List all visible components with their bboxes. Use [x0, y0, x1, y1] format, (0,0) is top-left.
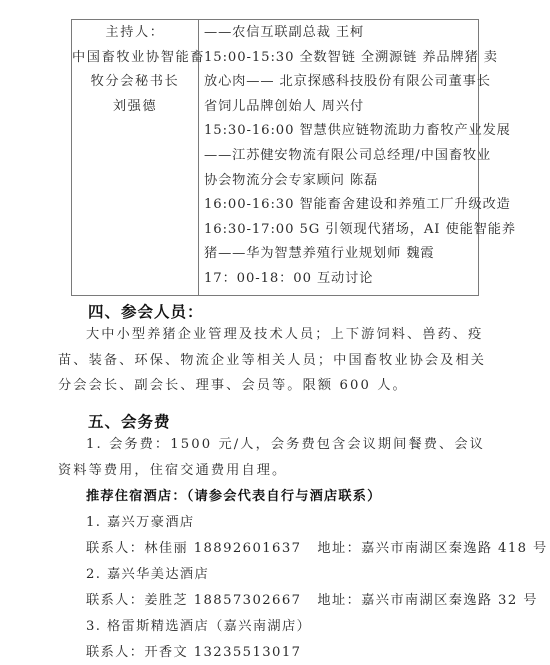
schedule-line: 15:30-16:00 智慧供应链物流助力畜牧产业发展 [204, 119, 516, 144]
agenda-table: 主持人： 中国畜牧业协智能畜 牧分会秘书长 刘强德 ——农信互联副总裁 王柯 1… [71, 19, 479, 296]
hotel-2-name: 2. 嘉兴华美达酒店 [86, 565, 209, 585]
hotels-heading: 推荐住宿酒店：（请参会代表自行与酒店联系） [86, 487, 382, 507]
hotel-1-details: 联系人：林佳丽 18892601637地址：嘉兴市南湖区秦逸路 418 号 [86, 539, 548, 559]
schedule-line: 15:00-15:30 全数智链 全溯源链 养品牌猪 卖 [204, 46, 516, 71]
schedule-line: 协会物流分会专家顾问 陈磊 [204, 169, 516, 194]
hotel-1-contact: 联系人：林佳丽 18892601637 [86, 541, 301, 556]
hotel-2-contact: 联系人：姜胜芝 18857302667 [86, 593, 301, 608]
schedule-cell: ——农信互联副总裁 王柯 15:00-15:30 全数智链 全溯源链 养品牌猪 … [199, 20, 516, 295]
fee-paragraph: 1. 会务费：1500 元/人，会务费包含会议期间餐费、会议资料等费用，住宿交通… [58, 432, 490, 483]
hotel-3-contact: 联系人：开香文 13235513017 [86, 643, 301, 663]
host-org-line-1: 中国畜牧业协智能畜 [72, 46, 198, 71]
host-org-line-2: 牧分会秘书长 [72, 70, 198, 95]
host-name: 刘强德 [72, 95, 198, 120]
hotel-1-address: 地址：嘉兴市南湖区秦逸路 418 号 [317, 541, 547, 556]
schedule-line: ——江苏健安物流有限公司总经理/中国畜牧业 [204, 144, 516, 169]
hotel-2-details: 联系人：姜胜芝 18857302667地址：嘉兴市南湖区秦逸路 32 号 [86, 591, 538, 611]
schedule-line: 16:00-16:30 智能畜舍建设和养殖工厂升级改造 [204, 193, 516, 218]
schedule-line: ——农信互联副总裁 王柯 [204, 21, 516, 46]
host-label: 主持人： [72, 21, 198, 46]
section-four-body: 大中小型养猪企业管理及技术人员；上下游饲料、兽药、疫苗、装备、环保、物流企业等相… [58, 322, 490, 399]
schedule-line: 17：00-18：00 互动讨论 [204, 267, 516, 292]
document-page: 主持人： 中国畜牧业协智能畜 牧分会秘书长 刘强德 ——农信互联副总裁 王柯 1… [0, 0, 550, 665]
section-four-heading: 四、参会人员： [88, 300, 204, 322]
schedule-line: 放心肉—— 北京探感科技股份有限公司董事长 [204, 70, 516, 95]
hotel-3-name: 3. 格雷斯精选酒店（嘉兴南湖店） [86, 617, 311, 637]
schedule-line: 省饲儿品牌创始人 周兴付 [204, 95, 516, 120]
schedule-line: 猪——华为智慧养殖行业规划师 魏霞 [204, 242, 516, 267]
section-five-heading: 五、会务费 [88, 410, 171, 432]
hotel-2-address: 地址：嘉兴市南湖区秦逸路 32 号 [317, 593, 537, 608]
host-cell: 主持人： 中国畜牧业协智能畜 牧分会秘书长 刘强德 [72, 20, 199, 295]
hotel-1-name: 1. 嘉兴万豪酒店 [86, 513, 195, 533]
schedule-line: 16:30-17:00 5G 引领现代猪场，AI 使能智能养 [204, 218, 516, 243]
